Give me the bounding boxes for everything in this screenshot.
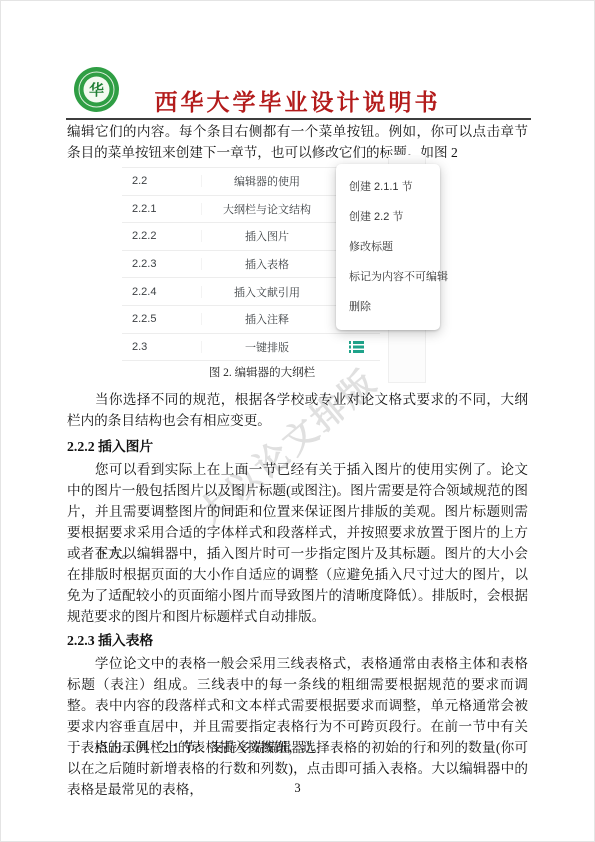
outline-row-title: 插入文献引用 [202, 284, 332, 300]
outline-row-number: 2.2.1 [122, 203, 202, 215]
paragraph-insert-image-2: 在大以编辑器中，插入图片时可一步指定图片及其标题。图片的大小会在排版时根据页面的… [67, 543, 528, 627]
menu-item-create-section: 创建 2.2 节 [336, 202, 440, 232]
outline-row-number: 2.2.4 [122, 286, 202, 298]
outline-row-title: 插入注释 [202, 311, 332, 327]
page-number: 3 [0, 781, 595, 796]
menu-item-mark-readonly: 标记为内容不可编辑 [336, 262, 440, 292]
outline-row-number: 2.3 [122, 341, 202, 353]
section-heading-insert-image: 2.2.2 插入图片 [67, 435, 528, 455]
menu-item-create-subsection: 创建 2.1.1 节 [336, 172, 440, 202]
context-menu: 创建 2.1.1 节 创建 2.2 节 修改标题 标记为内容不可编辑 删除 [336, 164, 440, 330]
outline-row-number: 2.2.5 [122, 313, 202, 325]
menu-item-edit-title: 修改标题 [336, 232, 440, 262]
outline-row-title: 一键排版 [202, 339, 332, 355]
section-heading-insert-table: 2.2.3 插入表格 [67, 629, 528, 649]
menu-item-delete: 删除 [336, 292, 440, 322]
outline-row-actions [332, 340, 380, 353]
outline-row-title: 编辑器的使用 [202, 173, 332, 189]
header-divider [66, 118, 531, 120]
format-list-icon [349, 340, 364, 353]
outline-row-number: 2.2.2 [122, 230, 202, 242]
outline-row-title: 大纲栏与论文结构 [202, 201, 332, 217]
figure-outline-screenshot: 2.2 编辑器的使用 2.2.1 大纲栏与论文结构 2.2.2 插入图片 2.2… [122, 155, 457, 385]
outline-row-title: 插入表格 [202, 256, 332, 272]
figure-caption: 图 2. 编辑器的大纲栏 [132, 364, 392, 380]
outline-row-title: 插入图片 [202, 228, 332, 244]
outline-row-number: 2.2 [122, 175, 202, 187]
document-page: 大以论文排版 华 西华大学毕业设计说明书 编辑它们的内容。每个条目右侧都有一个菜… [0, 0, 595, 842]
paragraph-after-figure: 当你选择不同的规范，根据各学校或专业对论文格式要求的不同，大纲栏内的条目结构也会… [67, 389, 528, 431]
outline-row-number: 2.2.3 [122, 258, 202, 270]
outline-row: 2.3 一键排版 [122, 334, 380, 362]
page-title: 西华大学毕业设计说明书 [0, 84, 595, 117]
